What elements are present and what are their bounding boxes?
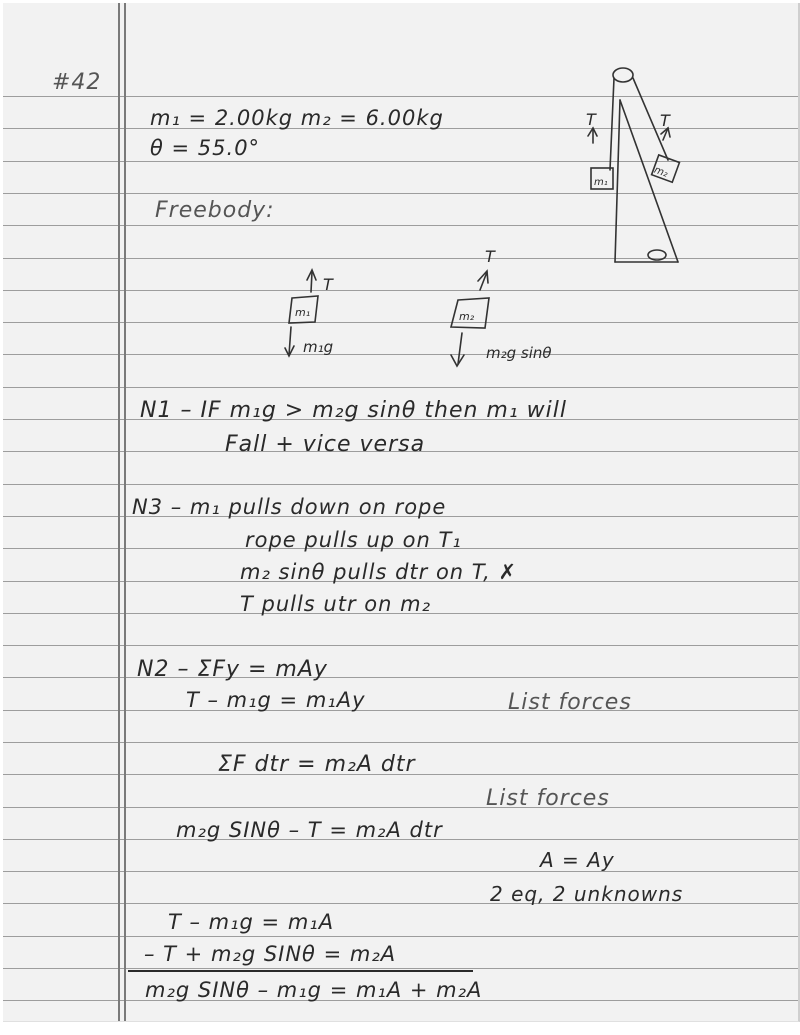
- newton3-line2: rope pulls up on T₁: [245, 528, 462, 552]
- ruled-line: [3, 387, 798, 388]
- given-angle: θ = 55.0°: [150, 136, 260, 160]
- newton1-line2: Fall + vice versa: [225, 432, 425, 457]
- ruled-line: [3, 290, 798, 291]
- newton2-note-list-forces-2: List forces: [486, 786, 610, 811]
- newton2-line7: m₂g SINθ – m₁g = m₁A + m₂A: [145, 978, 482, 1002]
- ruled-line: [3, 871, 798, 872]
- newton2-note-a-equals-ay: A = Ay: [540, 848, 615, 872]
- newton1-line1: N1 – IF m₁g > m₂g sinθ then m₁ will: [140, 398, 567, 423]
- ruled-line: [3, 645, 798, 646]
- newton2-line2: T – m₁g = m₁Ay: [186, 688, 366, 712]
- ruled-line: [3, 936, 798, 937]
- problem-number: #42: [52, 70, 101, 95]
- ruled-line: [3, 161, 798, 162]
- margin-line-left: [118, 3, 120, 1021]
- sum-underline: [128, 970, 473, 972]
- ruled-line: [3, 677, 798, 678]
- newton3-line3: m₂ sinθ pulls dtr on T, ✗: [240, 560, 517, 584]
- ruled-line: [3, 258, 798, 259]
- newton2-line3: ΣF dtr = m₂A dtr: [218, 752, 416, 777]
- ruled-line: [3, 322, 798, 323]
- ruled-line: [3, 354, 798, 355]
- newton2-line1: N2 – ΣFy = mAy: [137, 657, 328, 682]
- given-masses: m₁ = 2.00kg m₂ = 6.00kg: [150, 106, 444, 130]
- ruled-line: [3, 968, 798, 969]
- newton2-line4: m₂g SINθ – T = m₂A dtr: [176, 818, 443, 842]
- newton2-line5: T – m₁g = m₁A: [168, 910, 334, 934]
- newton2-note-list-forces-1: List forces: [508, 690, 632, 715]
- ruled-line: [3, 225, 798, 226]
- newton3-line1: N3 – m₁ pulls down on rope: [132, 495, 446, 519]
- margin-line-right: [124, 3, 126, 1021]
- newton3-line4: T pulls utr on m₂: [240, 592, 431, 616]
- ruled-line: [3, 96, 798, 97]
- ruled-line: [3, 193, 798, 194]
- newton2-line6: – T + m₂g SINθ = m₂A: [144, 942, 396, 966]
- ruled-line: [3, 484, 798, 485]
- ruled-line: [3, 710, 798, 711]
- ruled-line: [3, 807, 798, 808]
- newton2-note-two-equations: 2 eq, 2 unknowns: [490, 882, 683, 906]
- freebody-heading: Freebody:: [155, 198, 275, 223]
- ruled-line: [3, 742, 798, 743]
